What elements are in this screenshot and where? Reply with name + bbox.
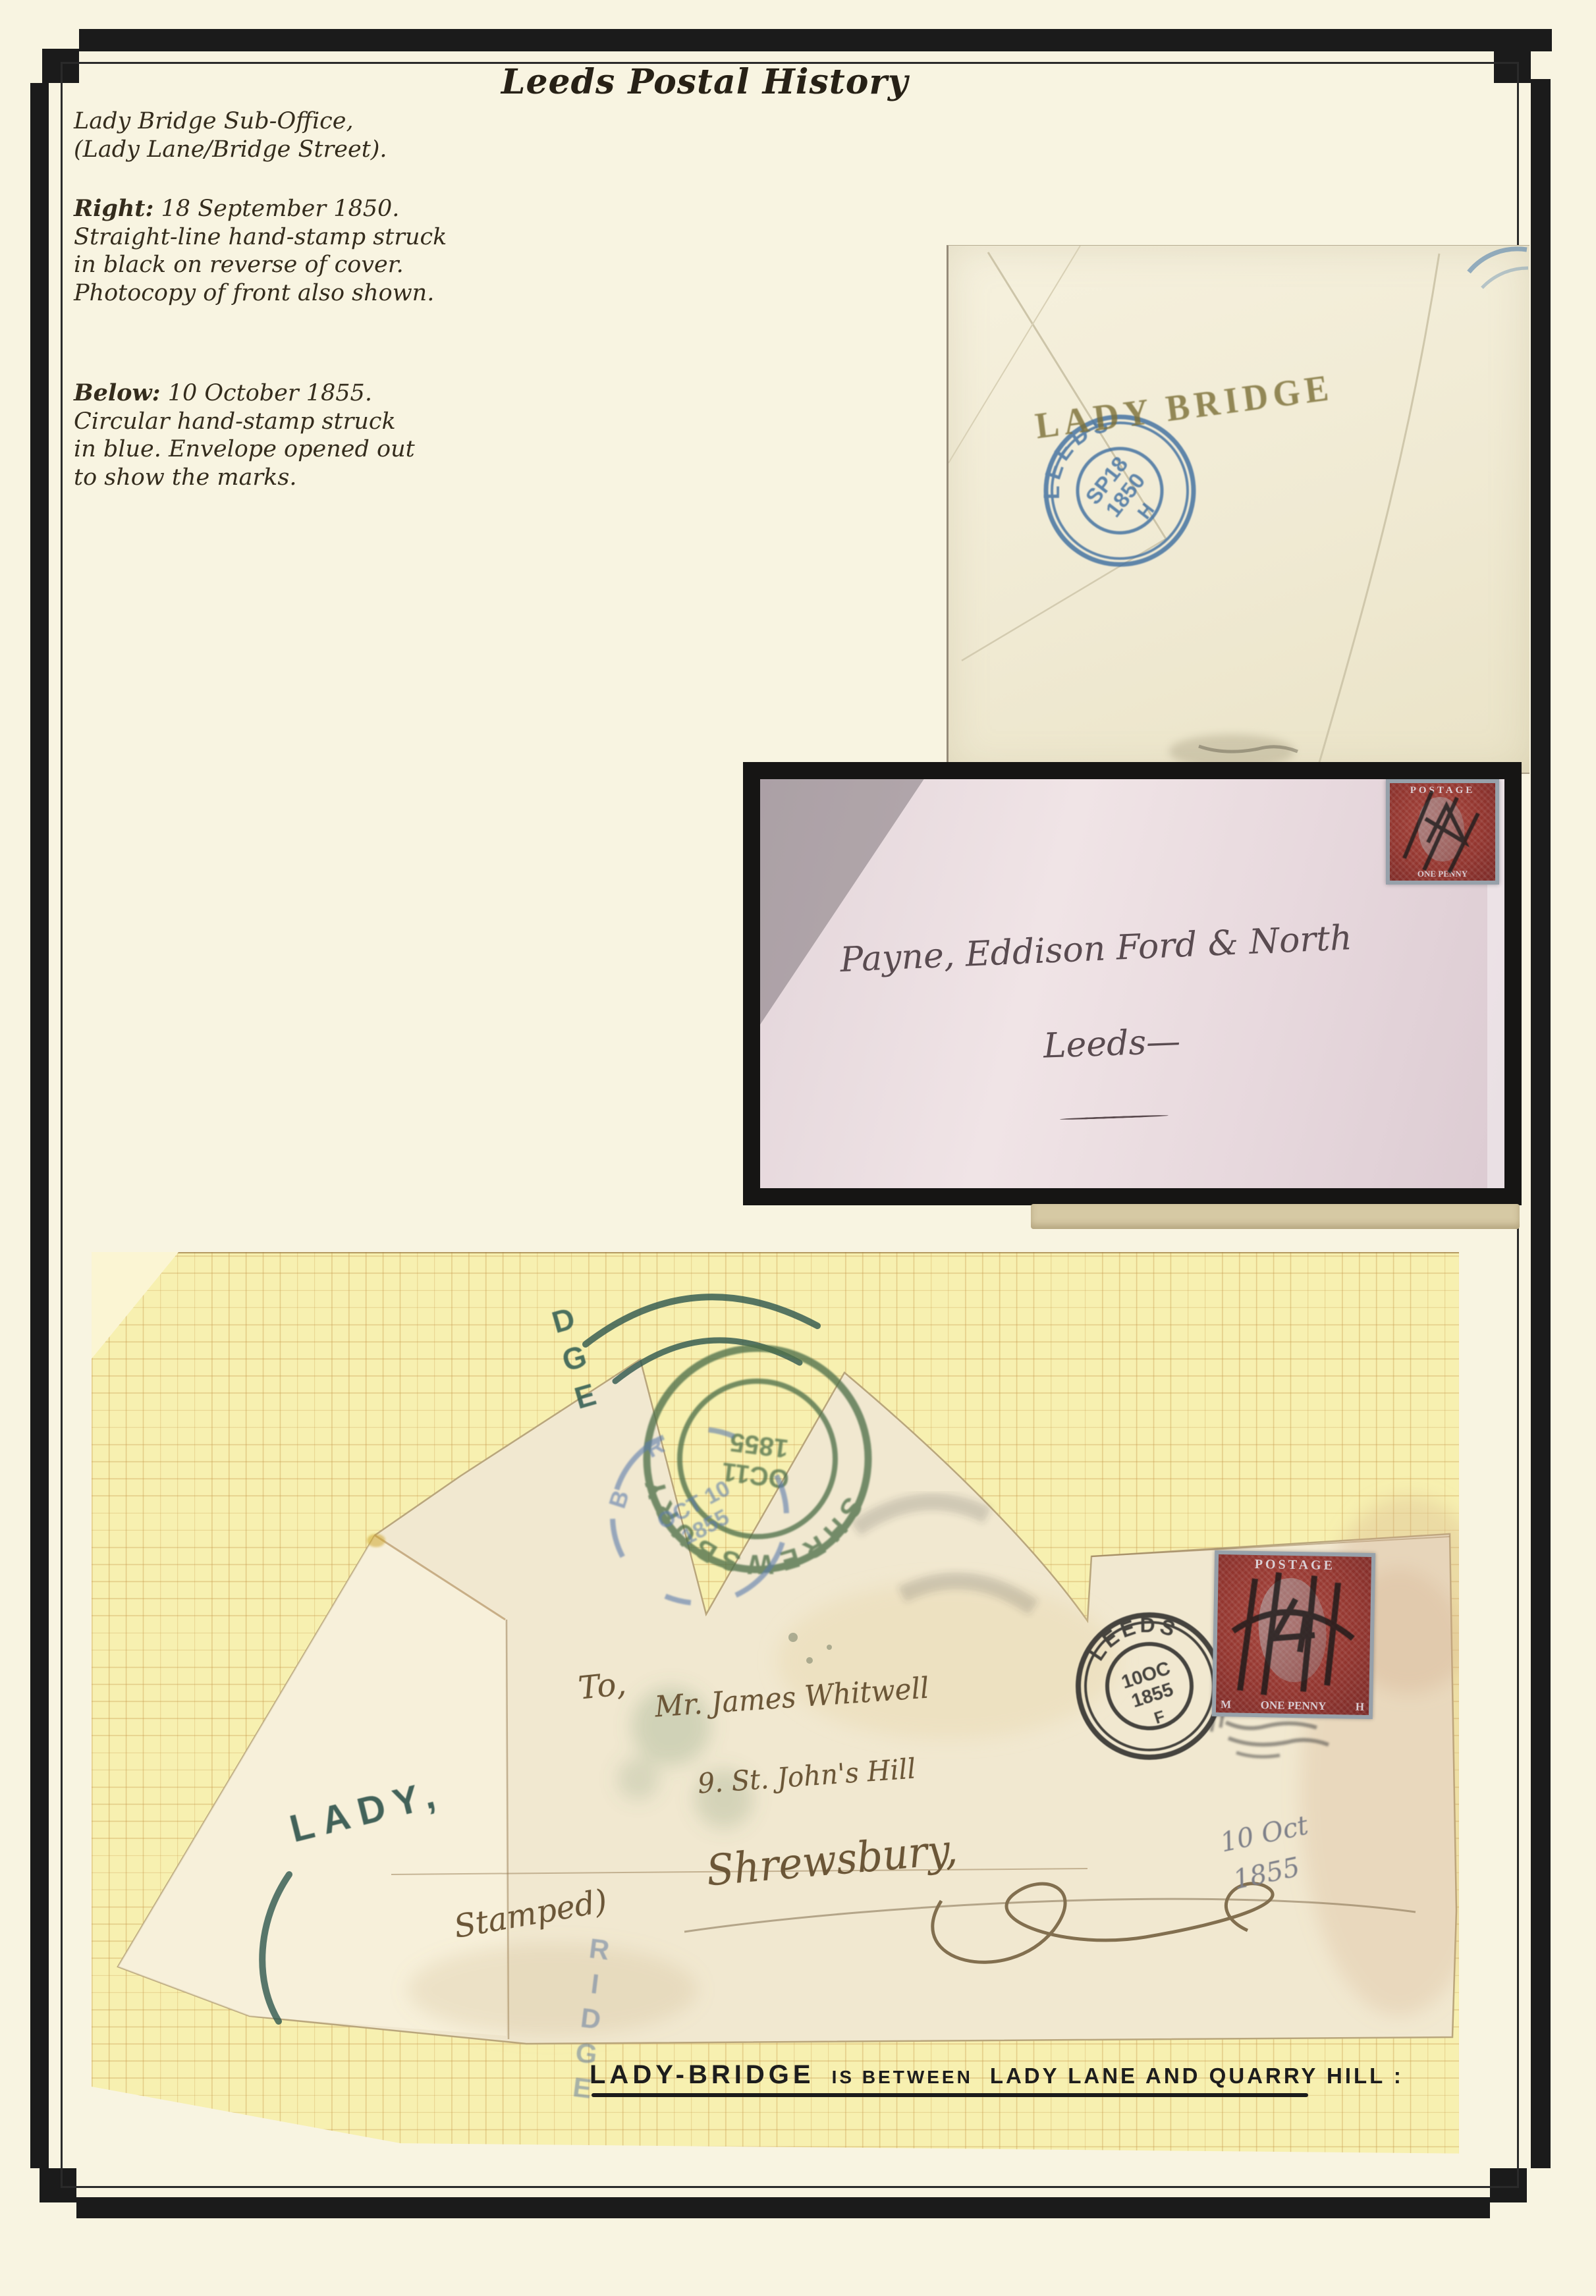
- border-top-bar: [79, 29, 1552, 51]
- cancel-marks: [1212, 1550, 1375, 1719]
- photocopy-cover-front: Payne, Eddison Ford & North Leeds— POSTA…: [760, 779, 1504, 1188]
- caption-is-between: IS BETWEEN: [832, 2067, 973, 2088]
- photocopy-address-line2: Leeds—: [1043, 1022, 1181, 1066]
- fold-glare: [367, 1534, 385, 1547]
- border-left-bar: [30, 83, 49, 2168]
- note-right-1850: Right: 18 September 1850. Straight-line …: [74, 195, 447, 308]
- lady-bridge-cds-stamp: B R OCT 10 1855: [601, 1417, 798, 1615]
- photocopy-frame: Payne, Eddison Ford & North Leeds— POSTA…: [743, 762, 1522, 1205]
- note-line: Circular hand-stamp struck: [74, 408, 415, 436]
- penny-red-stamp-1855: POSTAGE M ONE PENNY H: [1212, 1550, 1375, 1719]
- address-underline-flourish: [1060, 1114, 1169, 1120]
- note-line: in blue. Envelope opened out: [74, 435, 415, 464]
- note-line: in black on reverse of cover.: [74, 251, 447, 279]
- note-text: 18 September 1850.: [161, 196, 400, 222]
- album-page: Leeds Postal History Lady Bridge Sub-Off…: [0, 0, 1596, 2296]
- paper-sliver: [1031, 1204, 1520, 1229]
- border-bottom-bar: [76, 2197, 1490, 2218]
- note-line: (Lady Lane/Bridge Street).: [74, 136, 387, 164]
- note-line: Right: 18 September 1850.: [74, 195, 447, 223]
- note-line: to show the marks.: [74, 464, 415, 492]
- leeds-1855-cds-stamp: LEEDS 10OC 1855 F: [1070, 1607, 1228, 1765]
- cds-code: F: [1152, 1707, 1167, 1728]
- photocopy-address-line1: Payne, Eddison Ford & North: [806, 917, 1387, 981]
- note-line: Below: 10 October 1855.: [74, 379, 415, 408]
- note-text: 10 October 1855.: [168, 380, 372, 406]
- note-line: Photocopy of front also shown.: [74, 279, 447, 308]
- caption-lady-bridge: LADY-BRIDGE: [590, 2060, 815, 2090]
- note-label: Below:: [74, 379, 161, 406]
- cancel-marks: [1386, 779, 1499, 885]
- caption-location: LADY LANE AND QUARRY HILL :: [990, 2064, 1404, 2089]
- address-to: To,: [576, 1665, 628, 1707]
- note-label: Right:: [74, 195, 153, 222]
- note-line: Straight-line hand-stamp struck: [74, 223, 447, 252]
- page-title: Leeds Postal History: [461, 62, 949, 102]
- note-suboffice: Lady Bridge Sub-Office, (Lady Lane/Bridg…: [74, 107, 387, 163]
- caption: LADY-BRIDGE IS BETWEEN LADY LANE AND QUA…: [590, 2060, 1404, 2090]
- border-right-bar: [1531, 79, 1551, 2168]
- note-below-1855: Below: 10 October 1855. Circular hand-st…: [74, 379, 415, 492]
- note-line: Lady Bridge Sub-Office,: [74, 107, 387, 136]
- penny-red-stamp-photocopy: POSTAGE ONE PENNY: [1386, 779, 1499, 885]
- caption-underline: [592, 2093, 1308, 2097]
- cds-code: H: [1134, 499, 1159, 523]
